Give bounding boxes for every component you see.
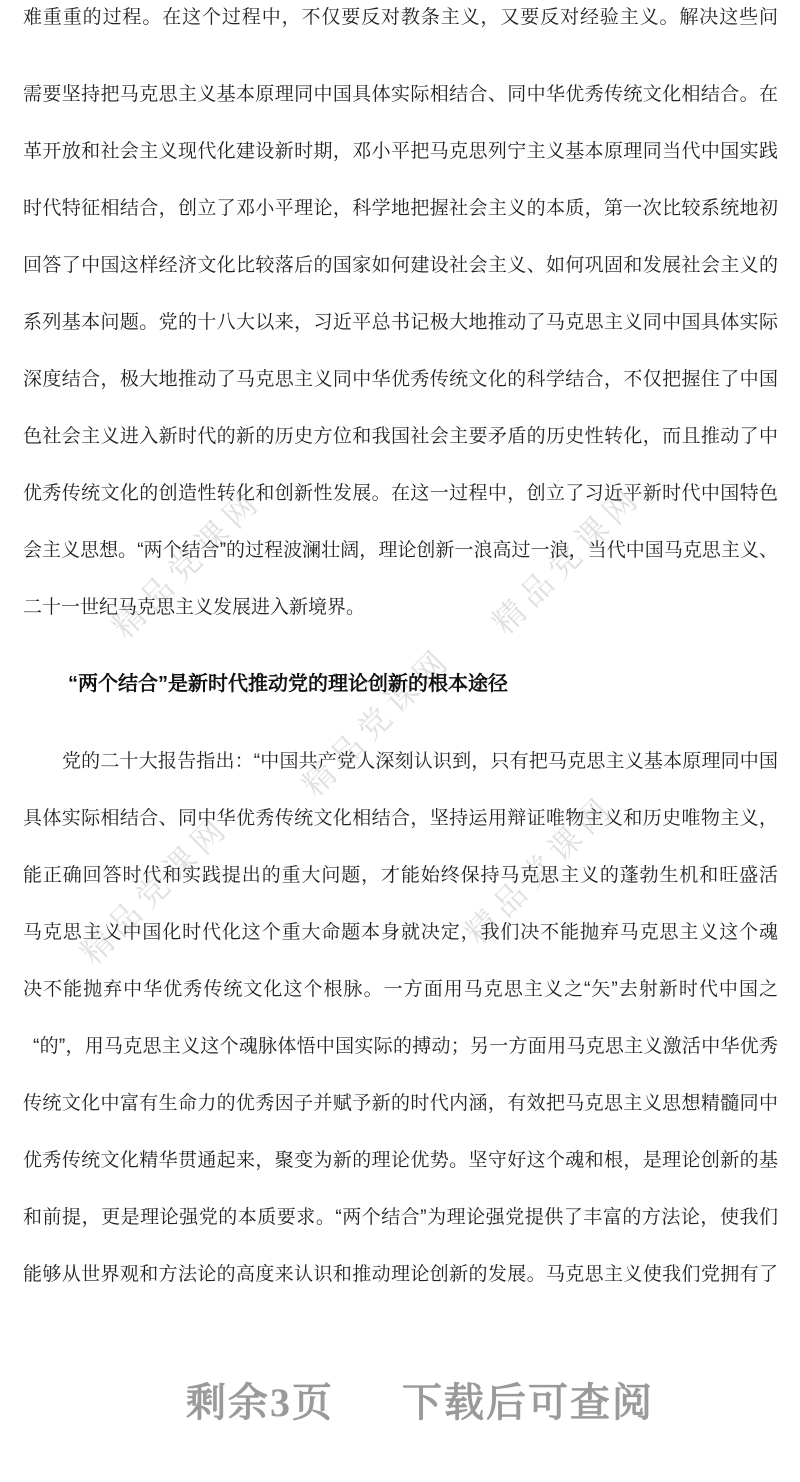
text-line: 马克思主义中国化时代化这个重大命题本身就决定，我们决不能抛弃马克思主义这个魂脉， <box>23 904 778 961</box>
text-line: 二十一世纪马克思主义发展进入新境界。 <box>23 579 778 636</box>
text-line: 色社会主义进入新时代的新的历史方位和我国社会主要矛盾的历史性转化，而且推动了中华 <box>23 408 778 465</box>
text-line: 具体实际相结合、同中华优秀传统文化相结合，坚持运用辩证唯物主义和历史唯物主义，才 <box>23 790 778 847</box>
text-line: 优秀传统文化精华贯通起来，聚变为新的理论优势。坚守好这个魂和根，是理论创新的基础 <box>23 1132 778 1189</box>
text-line: 需要坚持把马克思主义基本原理同中国具体实际相结合、同中华优秀传统文化相结合。在改 <box>23 66 778 123</box>
text-line: 时代特征相结合，创立了邓小平理论，科学地把握社会主义的本质，第一次比较系统地初步 <box>23 180 778 237</box>
text-line: 革开放和社会主义现代化建设新时期，邓小平把马克思列宁主义基本原理同当代中国实践和 <box>23 123 778 180</box>
text-line: 能够从世界观和方法论的高度来认识和推动理论创新的发展。马克思主义使我们党拥有了科 <box>23 1246 778 1303</box>
text-line: 优秀传统文化的创造性转化和创新性发展。在这一过程中，创立了习近平新时代中国特色社 <box>23 465 778 522</box>
text-line: 决不能抛弃中华优秀传统文化这个根脉。一方面用马克思主义之“矢”去射新时代中国之 <box>23 961 778 1018</box>
section-heading: “两个结合”是新时代推动党的理论创新的根本途径 <box>23 656 778 713</box>
text-line: “的”，用马克思主义这个魂脉体悟中国实际的搏动；另一方面用马克思主义激活中华优秀 <box>23 1018 778 1075</box>
remaining-pages-notice: 剩余3页下载后可查阅 <box>0 1383 800 1423</box>
text-line: 能正确回答时代和实践提出的重大问题，才能始终保持马克思主义的蓬勃生机和旺盛活力。… <box>23 847 778 904</box>
text-line: 会主义思想。“两个结合”的过程波澜壮阔，理论创新一浪高过一浪，当代中国马克思主义… <box>23 522 778 579</box>
text-line: 系列基本问题。党的十八大以来，习近平总书记极大地推动了马克思主义同中国具体实际的 <box>23 294 778 351</box>
pages-remaining-label: 剩余3页 <box>186 1380 334 1425</box>
download-hint-label: 下载后可查阅 <box>402 1380 654 1425</box>
text-line: 难重重的过程。在这个过程中，不仅要反对教条主义，又要反对经验主义。解决这些问题， <box>23 0 778 46</box>
text-line: 回答了中国这样经济文化比较落后的国家如何建设社会主义、如何巩固和发展社会主义的一 <box>23 237 778 294</box>
text-line: 深度结合，极大地推动了马克思主义同中华优秀传统文化的科学结合，不仅把握住了中国特 <box>23 351 778 408</box>
document-page: 精品党课网 精品党课网 精品党课网 精品党课网 精品党课网 难重重的过程。在这个… <box>0 0 800 1482</box>
text-line: 和前提，更是理论强党的本质要求。“两个结合”为理论强党提供了丰富的方法论，使我们 <box>23 1189 778 1246</box>
document-body: 难重重的过程。在这个过程中，不仅要反对教条主义，又要反对经验主义。解决这些问题，… <box>23 0 778 1303</box>
text-line: 党的二十大报告指出：“中国共产党人深刻认识到，只有把马克思主义基本原理同中国 <box>23 733 778 790</box>
text-line: 传统文化中富有生命力的优秀因子并赋予新的时代内涵，有效把马克思主义思想精髓同中华 <box>23 1075 778 1132</box>
